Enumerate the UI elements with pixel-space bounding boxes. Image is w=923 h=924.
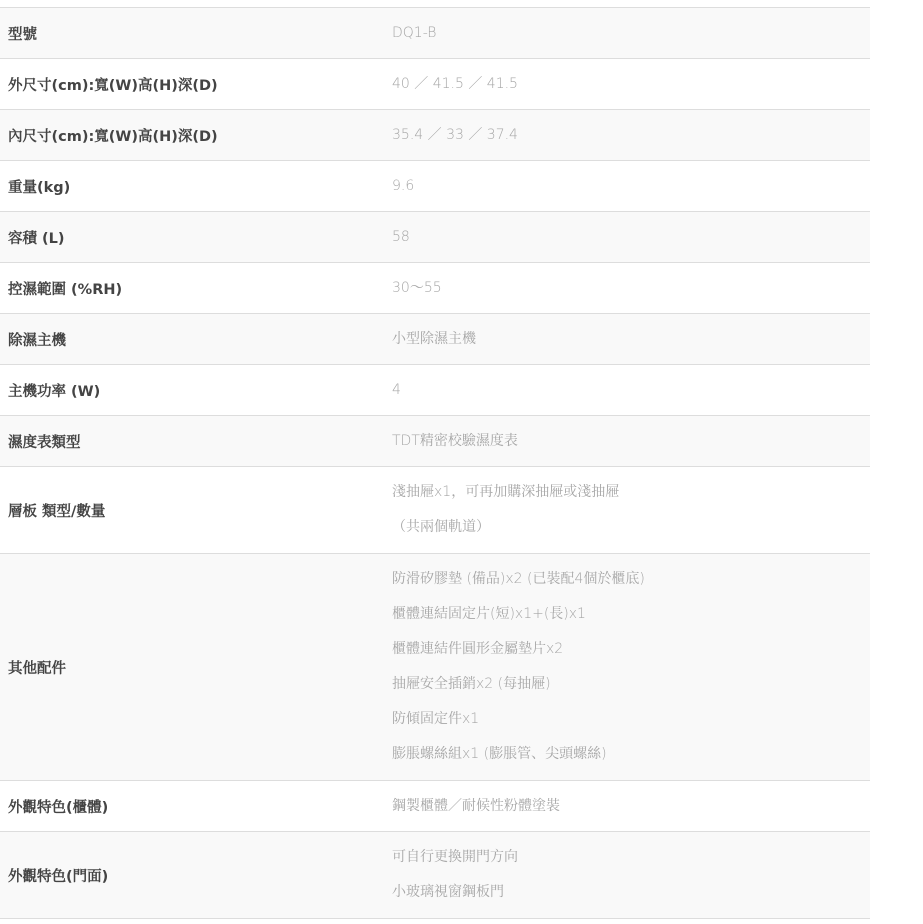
- spec-value: 可自行更換開門方向 小玻璃視窗鋼板門: [382, 832, 870, 919]
- spec-value: 58: [382, 212, 870, 263]
- spec-table-container: 型號 DQ1-B 外尺寸(cm):寬(W)高(H)深(D) 40 ／ 41.5 …: [0, 7, 870, 919]
- spec-value-line: 9.6: [392, 169, 870, 204]
- spec-row-model: 型號 DQ1-B: [0, 8, 870, 59]
- spec-value-line: 抽屜安全插銷x2 (每抽屜): [392, 667, 870, 702]
- spec-value-line: 防滑矽膠墊 (備品)x2 (已裝配4個於櫃底): [392, 562, 870, 597]
- spec-label: 控濕範圍 (%RH): [0, 263, 382, 314]
- spec-row-accessories: 其他配件 防滑矽膠墊 (備品)x2 (已裝配4個於櫃底) 櫃體連結固定片(短)x…: [0, 554, 870, 781]
- spec-row-volume: 容積 (L) 58: [0, 212, 870, 263]
- spec-label: 型號: [0, 8, 382, 59]
- spec-value: 9.6: [382, 161, 870, 212]
- spec-value-line: DQ1-B: [392, 16, 870, 51]
- spec-value-line: 淺抽屜x1，可再加購深抽屜或淺抽屜: [392, 475, 870, 510]
- spec-row-dehumidifier-unit: 除濕主機 小型除濕主機: [0, 314, 870, 365]
- spec-value: 4: [382, 365, 870, 416]
- spec-value: 30～55: [382, 263, 870, 314]
- spec-value-line: 鋼製櫃體／耐候性粉體塗裝: [392, 789, 870, 824]
- spec-value: 防滑矽膠墊 (備品)x2 (已裝配4個於櫃底) 櫃體連結固定片(短)x1+(長)…: [382, 554, 870, 781]
- spec-row-hygrometer-type: 濕度表類型 TDT精密校驗濕度表: [0, 416, 870, 467]
- spec-row-inner-size: 內尺寸(cm):寬(W)高(H)深(D) 35.4 ／ 33 ／ 37.4: [0, 110, 870, 161]
- spec-label: 重量(kg): [0, 161, 382, 212]
- spec-value-line: 膨脹螺絲組x1 (膨脹管、尖頭螺絲): [392, 737, 870, 772]
- spec-value-line: （共兩個軌道）: [392, 510, 870, 545]
- spec-value-line: TDT精密校驗濕度表: [392, 424, 870, 459]
- spec-row-door-appearance: 外觀特色(門面) 可自行更換開門方向 小玻璃視窗鋼板門: [0, 832, 870, 919]
- spec-value-line: 30～55: [392, 271, 870, 306]
- spec-row-power: 主機功率 (W) 4: [0, 365, 870, 416]
- spec-value: TDT精密校驗濕度表: [382, 416, 870, 467]
- spec-value-line: 櫃體連結件圓形金屬墊片x2: [392, 632, 870, 667]
- spec-row-humidity-range: 控濕範圍 (%RH) 30～55: [0, 263, 870, 314]
- spec-label: 外觀特色(門面): [0, 832, 382, 919]
- spec-value-line: 35.4 ／ 33 ／ 37.4: [392, 118, 870, 153]
- spec-value: 小型除濕主機: [382, 314, 870, 365]
- spec-value: 40 ／ 41.5 ／ 41.5: [382, 59, 870, 110]
- spec-value-line: 防傾固定件x1: [392, 702, 870, 737]
- spec-row-cabinet-appearance: 外觀特色(櫃體) 鋼製櫃體／耐候性粉體塗裝: [0, 781, 870, 832]
- spec-label: 其他配件: [0, 554, 382, 781]
- spec-row-outer-size: 外尺寸(cm):寬(W)高(H)深(D) 40 ／ 41.5 ／ 41.5: [0, 59, 870, 110]
- spec-value: DQ1-B: [382, 8, 870, 59]
- spec-value: 鋼製櫃體／耐候性粉體塗裝: [382, 781, 870, 832]
- spec-value-line: 小型除濕主機: [392, 322, 870, 357]
- spec-value-line: 40 ／ 41.5 ／ 41.5: [392, 67, 870, 102]
- spec-row-shelf-type: 層板 類型/數量 淺抽屜x1，可再加購深抽屜或淺抽屜 （共兩個軌道）: [0, 467, 870, 554]
- spec-label: 外觀特色(櫃體): [0, 781, 382, 832]
- spec-value-line: 櫃體連結固定片(短)x1+(長)x1: [392, 597, 870, 632]
- spec-label: 內尺寸(cm):寬(W)高(H)深(D): [0, 110, 382, 161]
- spec-label: 容積 (L): [0, 212, 382, 263]
- spec-label: 主機功率 (W): [0, 365, 382, 416]
- spec-value-line: 小玻璃視窗鋼板門: [392, 875, 870, 910]
- spec-label: 層板 類型/數量: [0, 467, 382, 554]
- spec-value-line: 58: [392, 220, 870, 255]
- spec-row-weight: 重量(kg) 9.6: [0, 161, 870, 212]
- spec-label: 除濕主機: [0, 314, 382, 365]
- spec-value: 35.4 ／ 33 ／ 37.4: [382, 110, 870, 161]
- spec-label: 外尺寸(cm):寬(W)高(H)深(D): [0, 59, 382, 110]
- spec-value: 淺抽屜x1，可再加購深抽屜或淺抽屜 （共兩個軌道）: [382, 467, 870, 554]
- spec-table: 型號 DQ1-B 外尺寸(cm):寬(W)高(H)深(D) 40 ／ 41.5 …: [0, 7, 870, 919]
- spec-value-line: 可自行更換開門方向: [392, 840, 870, 875]
- spec-label: 濕度表類型: [0, 416, 382, 467]
- spec-value-line: 4: [392, 373, 870, 408]
